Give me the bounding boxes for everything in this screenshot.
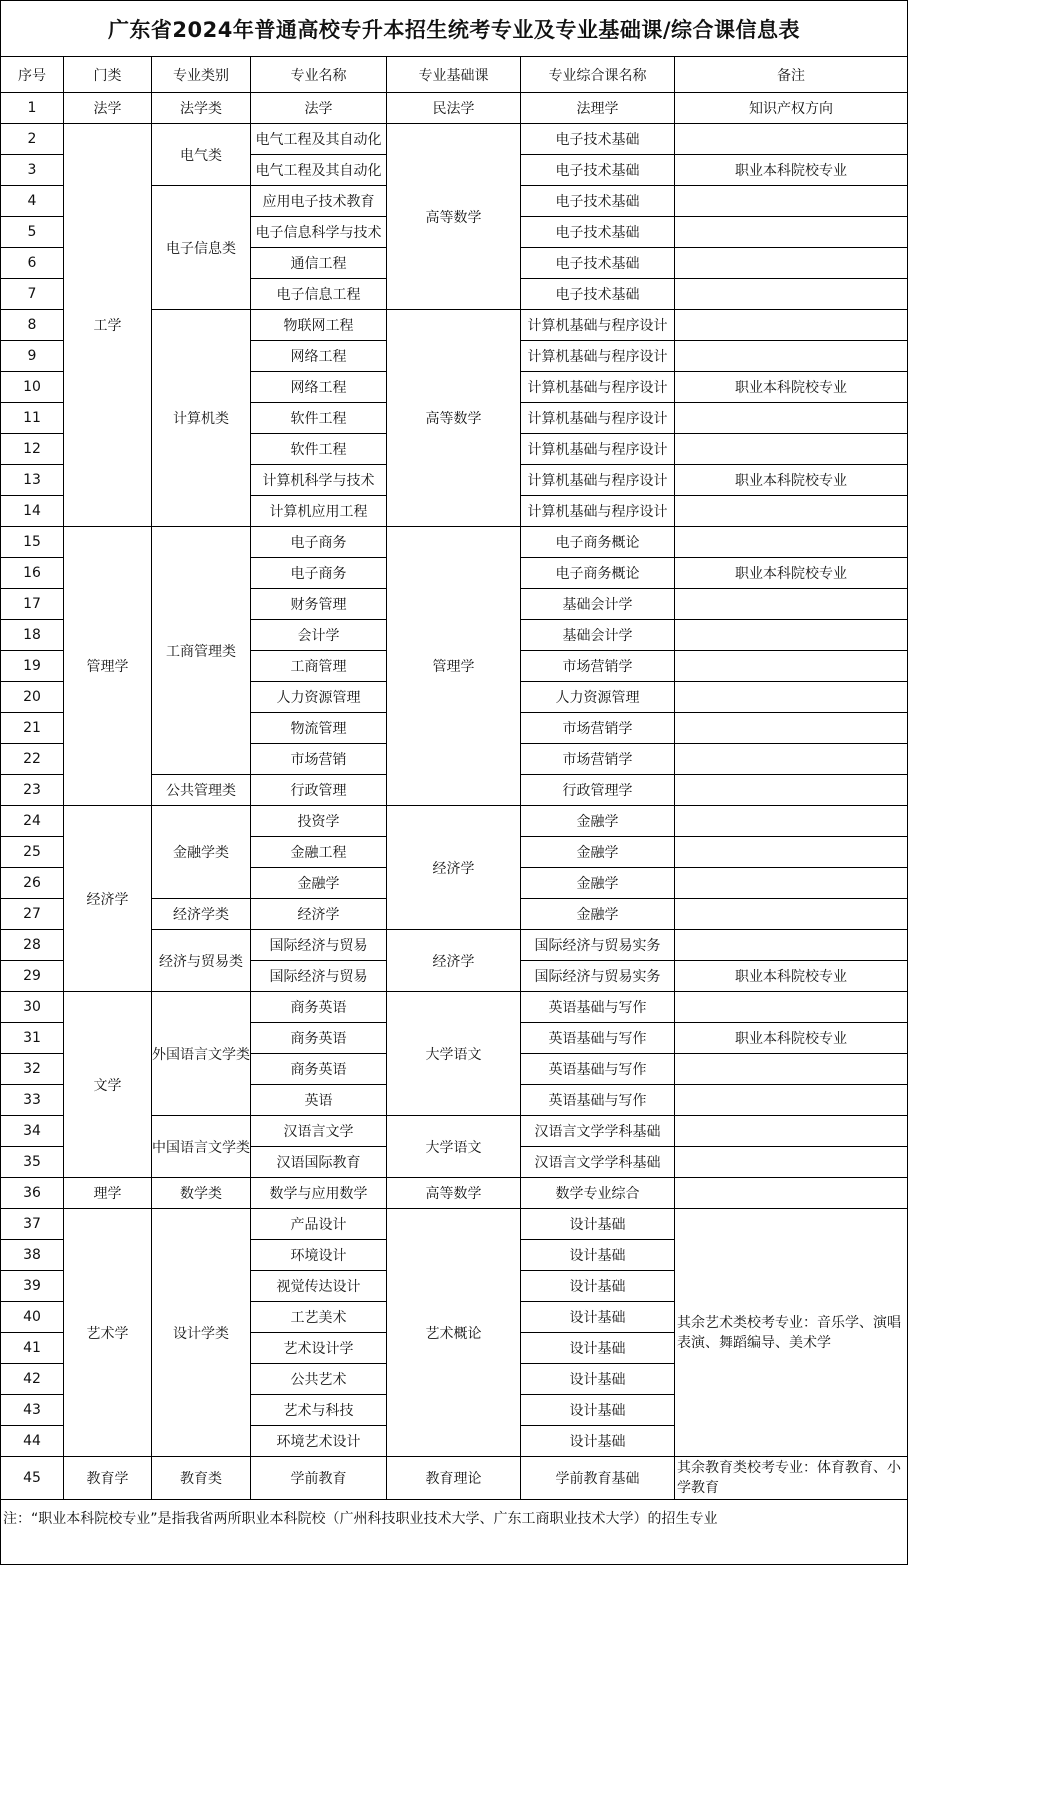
cell-remark [675, 310, 908, 341]
table-title: 广东省2024年普通高校专升本招生统考专业及专业基础课/综合课信息表 [1, 1, 908, 57]
cell-comp-course: 汉语言文学学科基础 [521, 1116, 675, 1147]
cell-no: 37 [1, 1209, 64, 1240]
cell-class: 公共管理类 [152, 775, 251, 806]
info-table-sheet: 广东省2024年普通高校专升本招生统考专业及专业基础课/综合课信息表 序号 门类… [0, 0, 907, 1565]
cell-major: 电子商务 [251, 558, 387, 589]
cell-comp-course: 计算机基础与程序设计 [521, 465, 675, 496]
cell-no: 21 [1, 713, 64, 744]
cell-major: 汉语国际教育 [251, 1147, 387, 1178]
cell-remark: 其余教育类校考专业：体育教育、小学教育 [675, 1457, 908, 1500]
cell-major: 物流管理 [251, 713, 387, 744]
cell-class: 经济与贸易类 [152, 930, 251, 992]
cell-major: 网络工程 [251, 341, 387, 372]
cell-comp-course: 金融学 [521, 806, 675, 837]
cell-no: 42 [1, 1364, 64, 1395]
cell-base-course: 高等数学 [387, 1178, 521, 1209]
cell-remark [675, 651, 908, 682]
cell-comp-course: 英语基础与写作 [521, 1085, 675, 1116]
cell-class: 教育类 [152, 1457, 251, 1500]
cell-comp-course: 法理学 [521, 93, 675, 124]
cell-major: 财务管理 [251, 589, 387, 620]
cell-no: 9 [1, 341, 64, 372]
cell-comp-course: 设计基础 [521, 1333, 675, 1364]
table-row: 37 艺术学 设计学类 产品设计 艺术概论 设计基础 其余艺术类校考专业：音乐学… [1, 1209, 908, 1240]
cell-comp-course: 英语基础与写作 [521, 1023, 675, 1054]
table-row: 36 理学 数学类 数学与应用数学 高等数学 数学专业综合 [1, 1178, 908, 1209]
cell-major: 汉语言文学 [251, 1116, 387, 1147]
cell-comp-course: 电子技术基础 [521, 248, 675, 279]
cell-remark [675, 682, 908, 713]
header-base-course: 专业基础课 [387, 57, 521, 93]
cell-remark [675, 868, 908, 899]
cell-comp-course: 市场营销学 [521, 713, 675, 744]
cell-major: 市场营销 [251, 744, 387, 775]
cell-remark [675, 589, 908, 620]
cell-no: 43 [1, 1395, 64, 1426]
cell-class: 电子信息类 [152, 186, 251, 310]
cell-major: 人力资源管理 [251, 682, 387, 713]
table-row: 24 经济学 金融学类 投资学 经济学 金融学 [1, 806, 908, 837]
cell-major: 电气工程及其自动化 [251, 124, 387, 155]
cell-class: 数学类 [152, 1178, 251, 1209]
cell-comp-course: 设计基础 [521, 1240, 675, 1271]
cell-no: 11 [1, 403, 64, 434]
cell-remark [675, 496, 908, 527]
cell-no: 35 [1, 1147, 64, 1178]
cell-remark: 其余艺术类校考专业：音乐学、演唱表演、舞蹈编导、美术学 [675, 1209, 908, 1457]
cell-class: 法学类 [152, 93, 251, 124]
cell-no: 28 [1, 930, 64, 961]
cell-remark [675, 403, 908, 434]
cell-comp-course: 设计基础 [521, 1364, 675, 1395]
header-category: 门类 [64, 57, 152, 93]
cell-major: 软件工程 [251, 403, 387, 434]
cell-no: 3 [1, 155, 64, 186]
cell-base-course: 经济学 [387, 806, 521, 930]
table-row: 1 法学 法学类 法学 民法学 法理学 知识产权方向 [1, 93, 908, 124]
cell-comp-course: 英语基础与写作 [521, 1054, 675, 1085]
cell-remark: 职业本科院校专业 [675, 372, 908, 403]
cell-class: 中国语言文学类 [152, 1116, 251, 1178]
table-row: 45 教育学 教育类 学前教育 教育理论 学前教育基础 其余教育类校考专业：体育… [1, 1457, 908, 1500]
cell-comp-course: 电子技术基础 [521, 186, 675, 217]
cell-comp-course: 设计基础 [521, 1395, 675, 1426]
cell-major: 电子商务 [251, 527, 387, 558]
cell-comp-course: 计算机基础与程序设计 [521, 434, 675, 465]
cell-remark [675, 279, 908, 310]
cell-no: 36 [1, 1178, 64, 1209]
cell-comp-course: 电子商务概论 [521, 558, 675, 589]
cell-no: 19 [1, 651, 64, 682]
cell-comp-course: 计算机基础与程序设计 [521, 372, 675, 403]
cell-major: 环境设计 [251, 1240, 387, 1271]
header-remark: 备注 [675, 57, 908, 93]
cell-class: 计算机类 [152, 310, 251, 527]
cell-no: 40 [1, 1302, 64, 1333]
cell-no: 13 [1, 465, 64, 496]
cell-comp-course: 设计基础 [521, 1209, 675, 1240]
cell-major: 商务英语 [251, 1054, 387, 1085]
cell-major: 工艺美术 [251, 1302, 387, 1333]
cell-base-course: 大学语文 [387, 992, 521, 1116]
cell-comp-course: 基础会计学 [521, 620, 675, 651]
cell-category: 工学 [64, 124, 152, 527]
cell-major: 国际经济与贸易 [251, 961, 387, 992]
cell-major: 工商管理 [251, 651, 387, 682]
cell-major: 计算机应用工程 [251, 496, 387, 527]
cell-no: 1 [1, 93, 64, 124]
cell-comp-course: 学前教育基础 [521, 1457, 675, 1500]
cell-base-course: 高等数学 [387, 310, 521, 527]
cell-remark [675, 217, 908, 248]
cell-remark [675, 434, 908, 465]
cell-comp-course: 国际经济与贸易实务 [521, 930, 675, 961]
cell-class: 金融学类 [152, 806, 251, 899]
cell-category: 艺术学 [64, 1209, 152, 1457]
cell-major: 投资学 [251, 806, 387, 837]
cell-no: 26 [1, 868, 64, 899]
cell-no: 31 [1, 1023, 64, 1054]
cell-base-course: 大学语文 [387, 1116, 521, 1178]
cell-remark [675, 806, 908, 837]
header-class: 专业类别 [152, 57, 251, 93]
cell-comp-course: 电子商务概论 [521, 527, 675, 558]
cell-remark [675, 124, 908, 155]
cell-base-course: 艺术概论 [387, 1209, 521, 1457]
cell-major: 应用电子技术教育 [251, 186, 387, 217]
cell-no: 8 [1, 310, 64, 341]
cell-no: 22 [1, 744, 64, 775]
cell-no: 4 [1, 186, 64, 217]
cell-no: 29 [1, 961, 64, 992]
cell-comp-course: 计算机基础与程序设计 [521, 496, 675, 527]
cell-comp-course: 市场营销学 [521, 651, 675, 682]
cell-remark [675, 775, 908, 806]
cell-remark [675, 899, 908, 930]
cell-comp-course: 计算机基础与程序设计 [521, 310, 675, 341]
cell-comp-course: 数学专业综合 [521, 1178, 675, 1209]
cell-category: 管理学 [64, 527, 152, 806]
cell-remark [675, 341, 908, 372]
cell-comp-course: 电子技术基础 [521, 217, 675, 248]
cell-no: 25 [1, 837, 64, 868]
cell-comp-course: 基础会计学 [521, 589, 675, 620]
cell-comp-course: 电子技术基础 [521, 155, 675, 186]
cell-major: 物联网工程 [251, 310, 387, 341]
cell-category: 文学 [64, 992, 152, 1178]
info-table: 广东省2024年普通高校专升本招生统考专业及专业基础课/综合课信息表 序号 门类… [0, 0, 908, 1565]
cell-remark [675, 744, 908, 775]
cell-major: 艺术与科技 [251, 1395, 387, 1426]
cell-no: 33 [1, 1085, 64, 1116]
cell-major: 电子信息工程 [251, 279, 387, 310]
cell-remark [675, 1116, 908, 1147]
cell-remark [675, 248, 908, 279]
footer-note: 注：“职业本科院校专业”是指我省两所职业本科院校（广州科技职业技术大学、广东工商… [1, 1500, 908, 1565]
header-row: 序号 门类 专业类别 专业名称 专业基础课 专业综合课名称 备注 [1, 57, 908, 93]
cell-major: 产品设计 [251, 1209, 387, 1240]
cell-comp-course: 英语基础与写作 [521, 992, 675, 1023]
cell-remark [675, 1085, 908, 1116]
cell-no: 32 [1, 1054, 64, 1085]
cell-comp-course: 设计基础 [521, 1426, 675, 1457]
table-row: 2 工学 电气类 电气工程及其自动化 高等数学 电子技术基础 [1, 124, 908, 155]
cell-no: 16 [1, 558, 64, 589]
cell-comp-course: 汉语言文学学科基础 [521, 1147, 675, 1178]
cell-major: 英语 [251, 1085, 387, 1116]
cell-major: 会计学 [251, 620, 387, 651]
cell-comp-course: 电子技术基础 [521, 124, 675, 155]
cell-remark: 职业本科院校专业 [675, 1023, 908, 1054]
cell-no: 39 [1, 1271, 64, 1302]
cell-comp-course: 设计基础 [521, 1302, 675, 1333]
cell-no: 7 [1, 279, 64, 310]
cell-major: 商务英语 [251, 992, 387, 1023]
cell-major: 商务英语 [251, 1023, 387, 1054]
cell-major: 电子信息科学与技术 [251, 217, 387, 248]
cell-category: 经济学 [64, 806, 152, 992]
cell-comp-course: 金融学 [521, 899, 675, 930]
cell-no: 38 [1, 1240, 64, 1271]
cell-remark [675, 186, 908, 217]
cell-major: 电气工程及其自动化 [251, 155, 387, 186]
cell-remark [675, 713, 908, 744]
cell-comp-course: 金融学 [521, 837, 675, 868]
cell-no: 6 [1, 248, 64, 279]
cell-comp-course: 行政管理学 [521, 775, 675, 806]
cell-remark [675, 1054, 908, 1085]
cell-no: 23 [1, 775, 64, 806]
cell-base-course: 管理学 [387, 527, 521, 806]
cell-remark [675, 1178, 908, 1209]
cell-major: 国际经济与贸易 [251, 930, 387, 961]
cell-no: 30 [1, 992, 64, 1023]
cell-major: 环境艺术设计 [251, 1426, 387, 1457]
cell-no: 41 [1, 1333, 64, 1364]
cell-class: 工商管理类 [152, 527, 251, 775]
header-no: 序号 [1, 57, 64, 93]
cell-base-course: 教育理论 [387, 1457, 521, 1500]
cell-remark: 职业本科院校专业 [675, 155, 908, 186]
cell-remark [675, 930, 908, 961]
cell-no: 15 [1, 527, 64, 558]
cell-remark: 职业本科院校专业 [675, 465, 908, 496]
cell-major: 法学 [251, 93, 387, 124]
cell-class: 经济学类 [152, 899, 251, 930]
cell-base-course: 民法学 [387, 93, 521, 124]
cell-major: 行政管理 [251, 775, 387, 806]
cell-major: 数学与应用数学 [251, 1178, 387, 1209]
header-major: 专业名称 [251, 57, 387, 93]
cell-major: 金融工程 [251, 837, 387, 868]
cell-major: 网络工程 [251, 372, 387, 403]
cell-remark [675, 992, 908, 1023]
table-row: 30 文学 外国语言文学类 商务英语 大学语文 英语基础与写作 [1, 992, 908, 1023]
cell-no: 17 [1, 589, 64, 620]
cell-class: 电气类 [152, 124, 251, 186]
cell-major: 艺术设计学 [251, 1333, 387, 1364]
cell-comp-course: 金融学 [521, 868, 675, 899]
cell-comp-course: 人力资源管理 [521, 682, 675, 713]
cell-no: 27 [1, 899, 64, 930]
cell-class: 外国语言文学类 [152, 992, 251, 1116]
cell-base-course: 高等数学 [387, 124, 521, 310]
cell-remark: 职业本科院校专业 [675, 558, 908, 589]
cell-major: 计算机科学与技术 [251, 465, 387, 496]
cell-major: 金融学 [251, 868, 387, 899]
cell-major: 软件工程 [251, 434, 387, 465]
cell-major: 视觉传达设计 [251, 1271, 387, 1302]
cell-no: 20 [1, 682, 64, 713]
cell-comp-course: 电子技术基础 [521, 279, 675, 310]
cell-comp-course: 计算机基础与程序设计 [521, 403, 675, 434]
cell-no: 18 [1, 620, 64, 651]
cell-no: 14 [1, 496, 64, 527]
cell-no: 24 [1, 806, 64, 837]
cell-no: 45 [1, 1457, 64, 1500]
cell-remark [675, 527, 908, 558]
cell-major: 通信工程 [251, 248, 387, 279]
cell-remark: 职业本科院校专业 [675, 961, 908, 992]
cell-remark: 知识产权方向 [675, 93, 908, 124]
cell-comp-course: 市场营销学 [521, 744, 675, 775]
cell-major: 经济学 [251, 899, 387, 930]
cell-category: 理学 [64, 1178, 152, 1209]
cell-comp-course: 计算机基础与程序设计 [521, 341, 675, 372]
cell-comp-course: 国际经济与贸易实务 [521, 961, 675, 992]
cell-category: 法学 [64, 93, 152, 124]
cell-remark [675, 620, 908, 651]
cell-no: 44 [1, 1426, 64, 1457]
cell-base-course: 经济学 [387, 930, 521, 992]
cell-remark [675, 837, 908, 868]
cell-no: 10 [1, 372, 64, 403]
cell-major: 公共艺术 [251, 1364, 387, 1395]
cell-no: 34 [1, 1116, 64, 1147]
cell-no: 5 [1, 217, 64, 248]
cell-no: 2 [1, 124, 64, 155]
cell-category: 教育学 [64, 1457, 152, 1500]
cell-major: 学前教育 [251, 1457, 387, 1500]
cell-comp-course: 设计基础 [521, 1271, 675, 1302]
header-comp-course: 专业综合课名称 [521, 57, 675, 93]
cell-no: 12 [1, 434, 64, 465]
cell-class: 设计学类 [152, 1209, 251, 1457]
cell-remark [675, 1147, 908, 1178]
table-row: 15 管理学 工商管理类 电子商务 管理学 电子商务概论 [1, 527, 908, 558]
